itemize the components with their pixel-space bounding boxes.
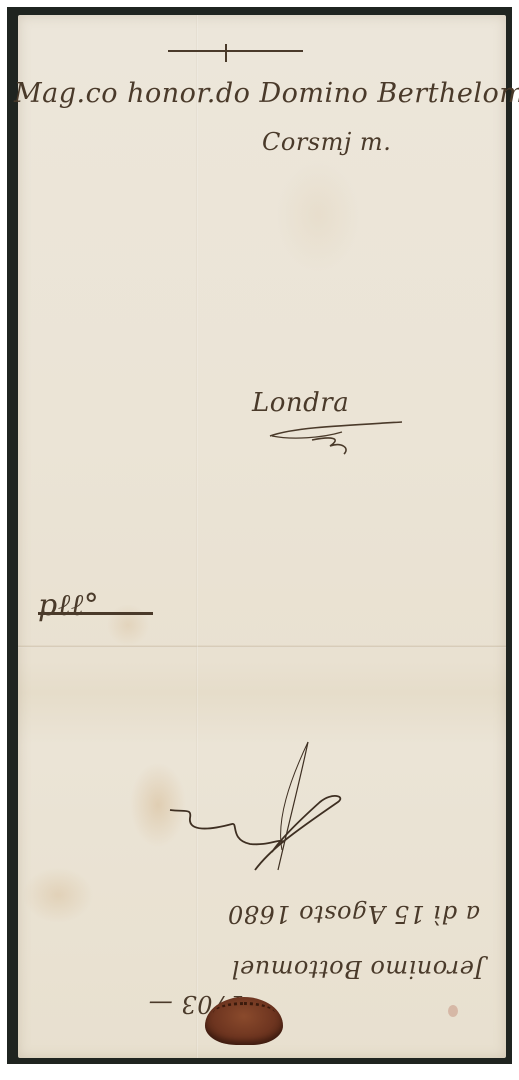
address-line-2: Corsmj m. [262, 128, 391, 156]
docket-date-line: a dì 15 Agosto 1680 [60, 900, 480, 928]
signature-flourish-icon [160, 740, 360, 880]
postage-marking: pℓℓ° [38, 588, 99, 623]
postage-strikethrough [38, 612, 153, 615]
address-overline [168, 50, 303, 52]
docket-name-line: Jeronimo Bottomuel [24, 955, 484, 983]
destination-city: Londra [252, 388, 349, 418]
horizontal-fold-line [18, 645, 506, 648]
address-cross-mark [225, 44, 227, 62]
ink-stain [448, 1005, 458, 1017]
address-line-1: Mag.co honor.do Domino Berthelomj [14, 78, 519, 109]
seal-impression-ring [213, 1002, 275, 1025]
destination-flourish-icon [252, 418, 412, 458]
